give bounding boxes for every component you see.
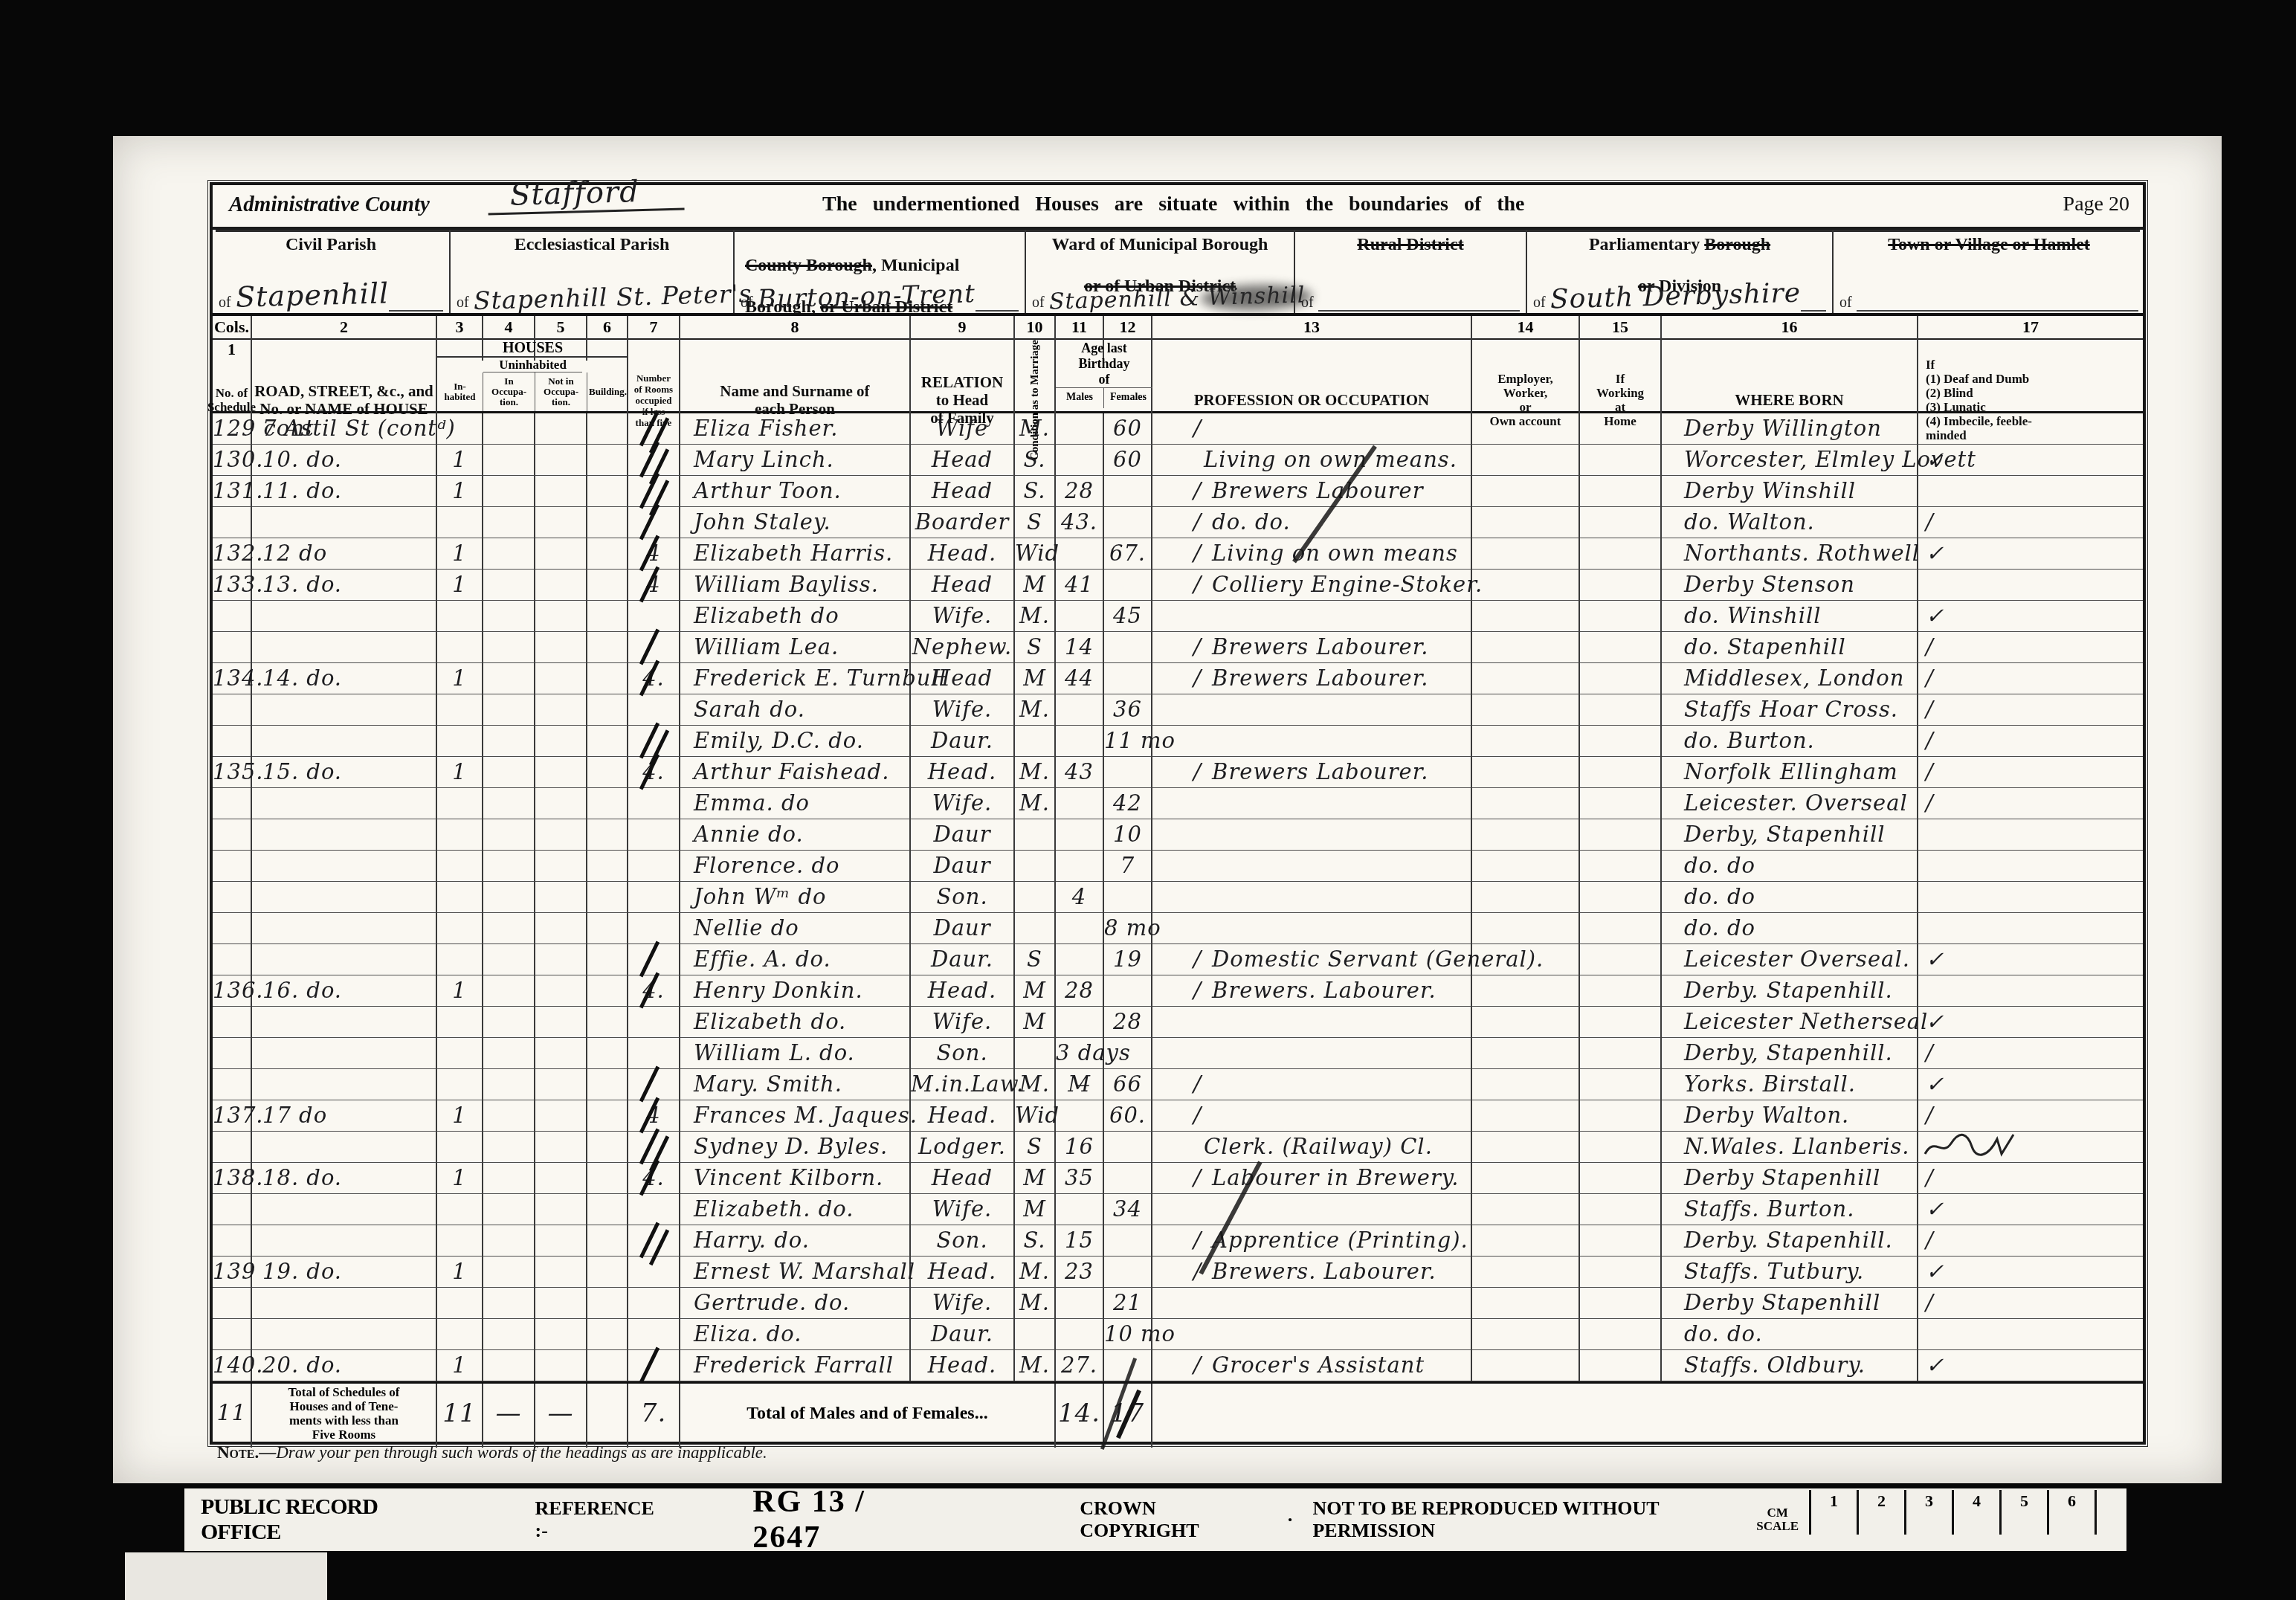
- age-male-cell: [1056, 601, 1104, 632]
- relation-cell: Head: [911, 445, 1015, 476]
- table-row: William L. do. Son. 3 days Derby, Stapen…: [213, 1038, 2143, 1069]
- uninhabited-in-occupation-cell: [483, 445, 535, 476]
- working-at-home-cell: [1580, 1069, 1662, 1100]
- totals-empty: [1152, 1384, 2143, 1448]
- infirmity-cell: /: [1918, 632, 2143, 663]
- employer-cell: [1472, 1163, 1580, 1194]
- schedule-cell: [213, 851, 252, 882]
- employer-cell: [1472, 975, 1580, 1007]
- condition-cell: M: [1015, 663, 1056, 694]
- infirmity-mark: /: [1926, 790, 1934, 816]
- employer-cell: [1472, 694, 1580, 726]
- uninhabited-in-occupation-cell: [483, 913, 535, 944]
- occupation-value: Brewers Labourer.: [1212, 665, 1428, 691]
- census-paper: Administrative County Stafford The under…: [113, 136, 2222, 1483]
- inhabited-cell: 1: [437, 1350, 483, 1381]
- building-cell: [587, 601, 628, 632]
- age-male-cell: 23: [1056, 1257, 1104, 1288]
- relation-cell: Daur.: [911, 944, 1015, 975]
- building-cell: [587, 538, 628, 570]
- infirmity-cell: ✓: [1918, 445, 2143, 476]
- working-at-home-cell: [1580, 445, 1662, 476]
- working-at-home-cell: [1580, 1350, 1662, 1381]
- occupation-value: Brewers Labourer.: [1212, 759, 1428, 784]
- age-male-cell: 15: [1056, 1225, 1104, 1257]
- age-female-cell: [1104, 476, 1152, 507]
- relation-cell: Wife.: [911, 788, 1015, 819]
- age-male-cell: [1056, 913, 1104, 944]
- employer-cell: [1472, 882, 1580, 913]
- road-cell: [252, 601, 437, 632]
- relation-cell: Head.: [911, 757, 1015, 788]
- working-at-home-cell: [1580, 1163, 1662, 1194]
- uninhabited-in-occupation-cell: [483, 757, 535, 788]
- age-male-cell: [1056, 445, 1104, 476]
- condition-cell: [1015, 882, 1056, 913]
- building-cell: [587, 1132, 628, 1163]
- totals-females: 17: [1104, 1384, 1152, 1448]
- uninhabited-not-occupation-cell: [535, 882, 587, 913]
- born-cell: Staffs. Burton.: [1662, 1194, 1918, 1225]
- road-cell: [252, 882, 437, 913]
- scrawl-mark: [1921, 1130, 2033, 1161]
- rooms-cell: 4.: [628, 1163, 680, 1194]
- schedule-cell: [213, 788, 252, 819]
- schedule-cell: [213, 694, 252, 726]
- working-at-home-cell: [1580, 1132, 1662, 1163]
- working-at-home-cell: [1580, 663, 1662, 694]
- infirmity-cell: /: [1918, 507, 2143, 538]
- relation-cell: M.in.Law.: [911, 1069, 1015, 1100]
- working-at-home-cell: [1580, 788, 1662, 819]
- inhabited-cell: [437, 1038, 483, 1069]
- age-female-cell: 11 mo: [1104, 726, 1152, 757]
- age-female-cell: [1104, 975, 1152, 1007]
- of-word: of: [1533, 294, 1546, 312]
- census-scan-page: { "admin": { "label": "Administrative Co…: [0, 0, 2296, 1600]
- ecclesiastical-parish-label: Ecclesiastical Parish: [515, 235, 670, 254]
- working-at-home-cell: [1580, 507, 1662, 538]
- relation-cell: Wife.: [911, 601, 1015, 632]
- infirmity-mark: /: [1926, 728, 1934, 753]
- relation-cell: Daur.: [911, 726, 1015, 757]
- road-cell: 7 Astil St (contᵈ): [252, 413, 437, 445]
- occupation-cell: /Brewers Labourer.: [1152, 632, 1472, 663]
- inhabited-cell: [437, 726, 483, 757]
- uninhabited-not-occupation-cell: [535, 944, 587, 975]
- condition-cell: Wid: [1015, 1100, 1056, 1132]
- name-cell: Ernest W. Marshall: [680, 1257, 911, 1288]
- condition-cell: M.: [1015, 601, 1056, 632]
- relation-cell: Son.: [911, 1038, 1015, 1069]
- age-male-cell: [1056, 1100, 1104, 1132]
- infirmity-cell: /: [1918, 663, 2143, 694]
- road-cell: 17 do: [252, 1100, 437, 1132]
- name-cell: John Staley.: [680, 507, 911, 538]
- building-cell: [587, 757, 628, 788]
- working-at-home-cell: [1580, 726, 1662, 757]
- age-female-cell: 60: [1104, 445, 1152, 476]
- name-cell: Sydney D. Byles.: [680, 1132, 911, 1163]
- table-row: 129 cont 7 Astil St (contᵈ) Eliza Fisher…: [213, 413, 2143, 445]
- town-village-cell: Town or Village or Hamlet of: [1834, 230, 2144, 313]
- infirmity-mark: /: [1926, 1290, 1934, 1315]
- condition-cell: S.: [1015, 476, 1056, 507]
- infirmity-mark: ✓: [1926, 1196, 1944, 1222]
- rooms-cell: [628, 1038, 680, 1069]
- of-word: of: [219, 294, 231, 312]
- born-cell: Derby. Stapenhill.: [1662, 1225, 1918, 1257]
- struck-county-borough: County Borough: [745, 256, 872, 275]
- building-cell: [587, 913, 628, 944]
- occupation-value: Colliery Engine-Stoker.: [1212, 572, 1483, 597]
- name-cell: Elizabeth do: [680, 601, 911, 632]
- inhabited-cell: 1: [437, 1100, 483, 1132]
- age-male-cell: [1056, 413, 1104, 445]
- schedule-cell: [213, 601, 252, 632]
- uninhabited-not-occupation-cell: [535, 1257, 587, 1288]
- born-cell: Derby Stapenhill: [1662, 1163, 1918, 1194]
- rooms-cell: [628, 1194, 680, 1225]
- working-at-home-cell: [1580, 757, 1662, 788]
- building-cell: [587, 1100, 628, 1132]
- uninhabited-not-occupation-cell: [535, 570, 587, 601]
- occupation-cell: [1152, 1007, 1472, 1038]
- name-cell: Elizabeth do.: [680, 1007, 911, 1038]
- uninhabited-not-occupation-cell: [535, 1038, 587, 1069]
- schedule-cell: 131.: [213, 476, 252, 507]
- occupation-cell: /Brewers. Labourer.: [1152, 1257, 1472, 1288]
- rooms-cell: [628, 632, 680, 663]
- ecclesiastical-parish-value: Stapenhill St. Peter's: [473, 279, 752, 315]
- totals-males: 14.: [1056, 1384, 1104, 1448]
- uninhabited-not-occupation-cell: [535, 1288, 587, 1319]
- occupation-cell: [1152, 694, 1472, 726]
- uninhabited-not-occupation-cell: [535, 913, 587, 944]
- note-word: Note.—: [217, 1443, 276, 1462]
- table-row: 134. 14. do. 1 4. Frederick E. Turnbull …: [213, 663, 2143, 694]
- name-cell: Emma. do: [680, 788, 911, 819]
- rooms-cell: [628, 1069, 680, 1100]
- condition-cell: M.: [1015, 1350, 1056, 1381]
- totals-label: Total of Schedules of Houses and of Tene…: [252, 1384, 437, 1448]
- reference-label: REFERENCE :-: [535, 1497, 664, 1542]
- relation-cell: Daur.: [911, 1319, 1015, 1350]
- pen-tick: /: [1193, 665, 1202, 691]
- totals-row: 11 Total of Schedules of Houses and of T…: [213, 1381, 2143, 1448]
- building-cell: [587, 882, 628, 913]
- uninhabited-in-occupation-cell: [483, 1069, 535, 1100]
- uninhabited-in-occupation-cell: [483, 476, 535, 507]
- building-cell: [587, 1257, 628, 1288]
- road-cell: [252, 1132, 437, 1163]
- infirmity-cell: /: [1918, 1100, 2143, 1132]
- uninhabited-in-occupation-cell: [483, 944, 535, 975]
- age-female-cell: 34: [1104, 1194, 1152, 1225]
- infirmity-cell: ✓: [1918, 538, 2143, 570]
- schedule-cell: [213, 913, 252, 944]
- born-cell: Derby Willington: [1662, 413, 1918, 445]
- occupation-cell: /Grocer's Assistant: [1152, 1350, 1472, 1381]
- employer-cell: [1472, 1319, 1580, 1350]
- name-cell: Eliza Fisher.: [680, 413, 911, 445]
- working-at-home-cell: [1580, 476, 1662, 507]
- undermentioned-text: The undermentioned Houses are situate wi…: [822, 193, 1525, 216]
- road-cell: [252, 913, 437, 944]
- rooms-cell: 4: [628, 570, 680, 601]
- working-at-home-cell: [1580, 851, 1662, 882]
- condition-cell: Wid: [1015, 538, 1056, 570]
- born-cell: Middlesex, London: [1662, 663, 1918, 694]
- occupation-value: do. do.: [1212, 509, 1291, 535]
- age-female-cell: 60: [1104, 413, 1152, 445]
- rooms-cell: 4.: [628, 757, 680, 788]
- infirmity-cell: /: [1918, 1225, 2143, 1257]
- occupation-cell: /Brewers Labourer: [1152, 476, 1472, 507]
- employer-cell: [1472, 1100, 1580, 1132]
- road-cell: [252, 1038, 437, 1069]
- born-cell: do. Burton.: [1662, 726, 1918, 757]
- age-female-cell: [1104, 507, 1152, 538]
- born-cell: Staffs Hoar Cross.: [1662, 694, 1918, 726]
- name-cell: William L. do.: [680, 1038, 911, 1069]
- schedule-cell: [213, 944, 252, 975]
- building-cell: [587, 663, 628, 694]
- building-cell: [587, 1069, 628, 1100]
- pen-tick: /: [1193, 416, 1202, 442]
- building-cell: [587, 1288, 628, 1319]
- schedule-cell: 138.: [213, 1163, 252, 1194]
- name-cell: Annie do.: [680, 819, 911, 851]
- infirmity-mark: /: [1926, 1228, 1934, 1253]
- table-row: Emma. do Wife. M. 42 Leicester. Overseal…: [213, 788, 2143, 819]
- pen-tick: /: [1193, 478, 1202, 504]
- born-cell: Northants. Rothwell: [1662, 538, 1918, 570]
- table-row: 140. 20. do. 1 Frederick Farrall Head. M…: [213, 1350, 2143, 1381]
- uninhabited-not-occupation-cell: [535, 1350, 587, 1381]
- uninhabited-in-occupation-cell: [483, 726, 535, 757]
- infirmity-cell: /: [1918, 757, 2143, 788]
- infirmity-mark: ✓: [1926, 1071, 1944, 1097]
- infirmity-cell: [1918, 913, 2143, 944]
- schedule-cell: [213, 1132, 252, 1163]
- uninhabited-in-occupation-cell: [483, 975, 535, 1007]
- pen-tick: /: [1193, 759, 1202, 785]
- uninhabited-not-occupation-cell: [535, 445, 587, 476]
- occupation-value: Apprentice (Printing).: [1212, 1228, 1468, 1253]
- born-cell: Derby Stenson: [1662, 570, 1918, 601]
- totals-in-occupation: —: [483, 1384, 535, 1448]
- inhabited-cell: [437, 1288, 483, 1319]
- occupation-value: Living on own means: [1212, 541, 1458, 566]
- working-at-home-cell: [1580, 1007, 1662, 1038]
- relation-cell: Boarder: [911, 507, 1015, 538]
- age-male-cell: 44: [1056, 663, 1104, 694]
- building-cell: [587, 570, 628, 601]
- road-cell: 12 do: [252, 538, 437, 570]
- building-cell: [587, 694, 628, 726]
- occupation-cell: /Labourer in Brewery.: [1152, 1163, 1472, 1194]
- age-female-cell: [1104, 570, 1152, 601]
- infirmity-cell: ✓: [1918, 1257, 2143, 1288]
- name-cell: Harry. do.: [680, 1225, 911, 1257]
- schedule-cell: 135.: [213, 757, 252, 788]
- relation-cell: Wife.: [911, 1007, 1015, 1038]
- name-cell: Emily, D.C. do.: [680, 726, 911, 757]
- born-cell: Derby Stapenhill: [1662, 1288, 1918, 1319]
- building-cell: [587, 819, 628, 851]
- age-female-cell: [1104, 882, 1152, 913]
- name-cell: Mary Linch.: [680, 445, 911, 476]
- working-at-home-cell: [1580, 1319, 1662, 1350]
- rooms-cell: [628, 1257, 680, 1288]
- road-cell: 10. do.: [252, 445, 437, 476]
- pen-tick: /: [1193, 946, 1202, 972]
- rooms-cell: [628, 476, 680, 507]
- working-at-home-cell: [1580, 413, 1662, 445]
- rooms-cell: [628, 819, 680, 851]
- uninhabited-not-occupation-cell: [535, 1225, 587, 1257]
- infirmity-mark: /: [1926, 759, 1934, 784]
- schedule-cell: [213, 1038, 252, 1069]
- header-building: Building.: [587, 372, 628, 411]
- road-cell: 18. do.: [252, 1163, 437, 1194]
- uninhabited-in-occupation-cell: [483, 1350, 535, 1381]
- employer-cell: [1472, 1194, 1580, 1225]
- header-uninhabited: Uninhabited: [483, 358, 582, 372]
- uninhabited-in-occupation-cell: [483, 1194, 535, 1225]
- employer-cell: [1472, 538, 1580, 570]
- condition-cell: M: [1015, 1194, 1056, 1225]
- working-at-home-cell: [1580, 1100, 1662, 1132]
- occupation-cell: [1152, 1038, 1472, 1069]
- infirmity-cell: [1918, 851, 2143, 882]
- header-age: Age last Birthday of: [1056, 340, 1152, 387]
- age-male-cell: 14: [1056, 632, 1104, 663]
- born-cell: do. Walton.: [1662, 507, 1918, 538]
- occupation-cell: /Living on own means: [1152, 538, 1472, 570]
- header-in-occupation: In Occupa- tion.: [483, 372, 535, 411]
- infirmity-cell: /: [1918, 726, 2143, 757]
- age-female-cell: 66: [1104, 1069, 1152, 1100]
- road-cell: [252, 819, 437, 851]
- rural-district-cell: Rural District of: [1295, 230, 1527, 313]
- table-row: John Wᵐ do Son. 4 do. do: [213, 882, 2143, 913]
- condition-cell: M.: [1015, 413, 1056, 445]
- road-cell: [252, 726, 437, 757]
- infirmity-cell: /: [1918, 788, 2143, 819]
- inhabited-cell: [437, 1132, 483, 1163]
- employer-cell: [1472, 1007, 1580, 1038]
- scale-mark: 6: [2049, 1490, 2097, 1535]
- infirmity-cell: [1918, 882, 2143, 913]
- building-cell: [587, 1194, 628, 1225]
- header-houses: HOUSES: [437, 340, 628, 358]
- name-cell: Elizabeth. do.: [680, 1194, 911, 1225]
- inhabited-cell: [437, 882, 483, 913]
- relation-cell: Head.: [911, 975, 1015, 1007]
- road-cell: [252, 694, 437, 726]
- name-cell: Gertrude. do.: [680, 1288, 911, 1319]
- condition-cell: [1015, 726, 1056, 757]
- age-female-cell: 36: [1104, 694, 1152, 726]
- working-at-home-cell: [1580, 694, 1662, 726]
- of-word: of: [1301, 294, 1314, 312]
- table-row: Eliza. do. Daur. 10 mo do. do.: [213, 1319, 2143, 1350]
- uninhabited-in-occupation-cell: [483, 1007, 535, 1038]
- header-females: Females: [1104, 388, 1152, 408]
- inhabited-cell: [437, 1069, 483, 1100]
- cm-scale-ruler: 1 2 3 4 5 6: [1809, 1490, 2097, 1535]
- table-row: Annie do. Daur 10 Derby, Stapenhill: [213, 819, 2143, 851]
- census-form-frame: Administrative County Stafford The under…: [210, 182, 2146, 1445]
- pen-mark: [639, 1222, 660, 1259]
- name-cell: Nellie do: [680, 913, 911, 944]
- uninhabited-not-occupation-cell: [535, 476, 587, 507]
- name-cell: Vincent Kilborn.: [680, 1163, 911, 1194]
- infirmity-mark: ✓: [1926, 603, 1944, 628]
- road-cell: 19. do.: [252, 1257, 437, 1288]
- schedule-cell: 132.: [213, 538, 252, 570]
- road-cell: [252, 1069, 437, 1100]
- relation-cell: Head.: [911, 1257, 1015, 1288]
- inhabited-cell: 1: [437, 975, 483, 1007]
- table-row: 130. 10. do. 1 Mary Linch. Head S. 60 Li…: [213, 445, 2143, 476]
- uninhabited-in-occupation-cell: [483, 1163, 535, 1194]
- infirmity-cell: /: [1918, 1163, 2143, 1194]
- age-female-cell: [1104, 757, 1152, 788]
- condition-cell: S: [1015, 632, 1056, 663]
- working-at-home-cell: [1580, 538, 1662, 570]
- uninhabited-in-occupation-cell: [483, 788, 535, 819]
- age-female-cell: 10 mo: [1104, 1319, 1152, 1350]
- occupation-cell: /do. do.: [1152, 507, 1472, 538]
- relation-cell: Wife: [911, 413, 1015, 445]
- rooms-cell: [628, 1319, 680, 1350]
- parliamentary-cell: Parliamentary Borough or Division ofSout…: [1527, 230, 1834, 313]
- name-cell: Mary. Smith.: [680, 1069, 911, 1100]
- struck-borough: Borough: [1704, 235, 1770, 254]
- schedule-cell: [213, 507, 252, 538]
- building-cell: [587, 788, 628, 819]
- born-cell: Worcester, Elmley Lovett: [1662, 445, 1918, 476]
- civil-parish-cell: Civil Parish ofStapenhill: [213, 230, 451, 313]
- road-cell: [252, 1288, 437, 1319]
- inhabited-cell: 1: [437, 538, 483, 570]
- occupation-value: Brewers. Labourer.: [1212, 978, 1436, 1003]
- relation-cell: Son.: [911, 1225, 1015, 1257]
- page-number: Page 20: [2063, 193, 2129, 216]
- census-rows: 129 cont 7 Astil St (contᵈ) Eliza Fisher…: [213, 413, 2143, 1381]
- road-cell: [252, 1007, 437, 1038]
- age-male-cell: 43: [1056, 757, 1104, 788]
- totals-inhabited: 11: [437, 1384, 483, 1448]
- uninhabited-not-occupation-cell: [535, 1132, 587, 1163]
- age-male-cell: [1056, 726, 1104, 757]
- table-row: Emily, D.C. do. Daur. 11 mo do. Burton. …: [213, 726, 2143, 757]
- of-word: of: [1032, 294, 1045, 312]
- employer-cell: [1472, 1069, 1580, 1100]
- crown-copyright-label: CROWN COPYRIGHT: [1080, 1497, 1267, 1542]
- rooms-cell: [628, 1132, 680, 1163]
- uninhabited-not-occupation-cell: [535, 507, 587, 538]
- occupation-cell: [1152, 913, 1472, 944]
- road-cell: [252, 788, 437, 819]
- uninhabited-not-occupation-cell: [535, 632, 587, 663]
- public-record-office-bar: PUBLIC RECORD OFFICE REFERENCE :- RG 13 …: [184, 1488, 2126, 1551]
- uninhabited-not-occupation-cell: [535, 1069, 587, 1100]
- employer-cell: [1472, 1257, 1580, 1288]
